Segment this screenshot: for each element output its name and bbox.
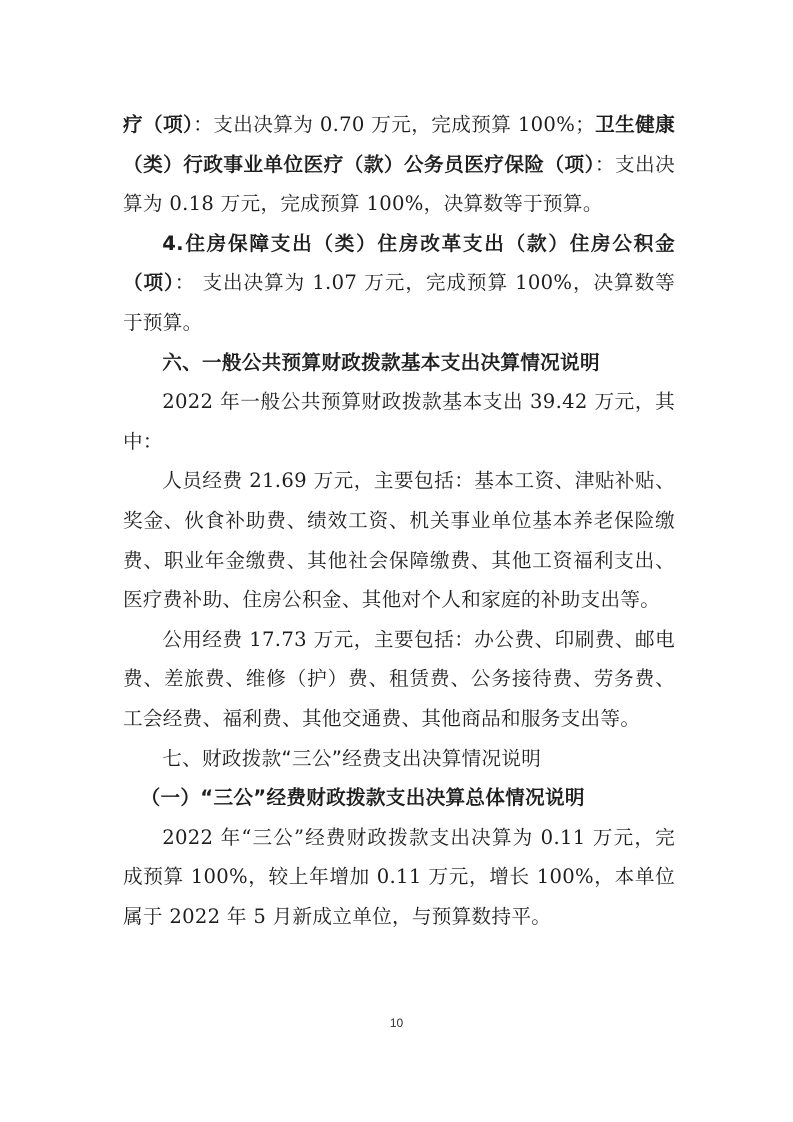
paragraph-basic-expenditure-intro: 2022 年一般公共预算财政拨款基本支出 39.42 万元，其中： <box>123 382 675 461</box>
page-number: 10 <box>0 1016 793 1030</box>
section-heading-7: 七、财政拨款“三公”经费支出决算情况说明 <box>123 739 675 779</box>
item-text: ： 支出决算为 1.07 万元，完成预算 100%，决算数等于预算。 <box>123 271 675 334</box>
paragraph-personnel-expenses: 人员经费 21.69 万元，主要包括：基本工资、津贴补贴、奖金、伙食补助费、绩效… <box>123 461 675 619</box>
item-text: ：支出决算为 0.70 万元，完成预算 100%； <box>193 113 595 136</box>
paragraph-three-public-expenses: 2022 年“三公”经费财政拨款支出决算为 0.11 万元，完成预算 100%，… <box>123 818 675 937</box>
bold-item-label: 疗（项） <box>123 113 193 136</box>
document-page: 疗（项）：支出决算为 0.70 万元，完成预算 100%；卫生健康（类）行政事业… <box>123 105 675 936</box>
section-heading-6: 六、一般公共预算财政拨款基本支出决算情况说明 <box>123 343 675 383</box>
paragraph-public-expenses: 公用经费 17.73 万元，主要包括：办公费、印刷费、邮电费、差旅费、维修（护）… <box>123 620 675 739</box>
paragraph-housing-expenditure: 4.住房保障支出（类）住房改革支出（款）住房公积金（项）： 支出决算为 1.07… <box>123 224 675 343</box>
subsection-heading-7-1: （一）“三公”经费财政拨款支出决算总体情况说明 <box>123 778 675 818</box>
paragraph-medical-expenditure: 疗（项）：支出决算为 0.70 万元，完成预算 100%；卫生健康（类）行政事业… <box>123 105 675 224</box>
